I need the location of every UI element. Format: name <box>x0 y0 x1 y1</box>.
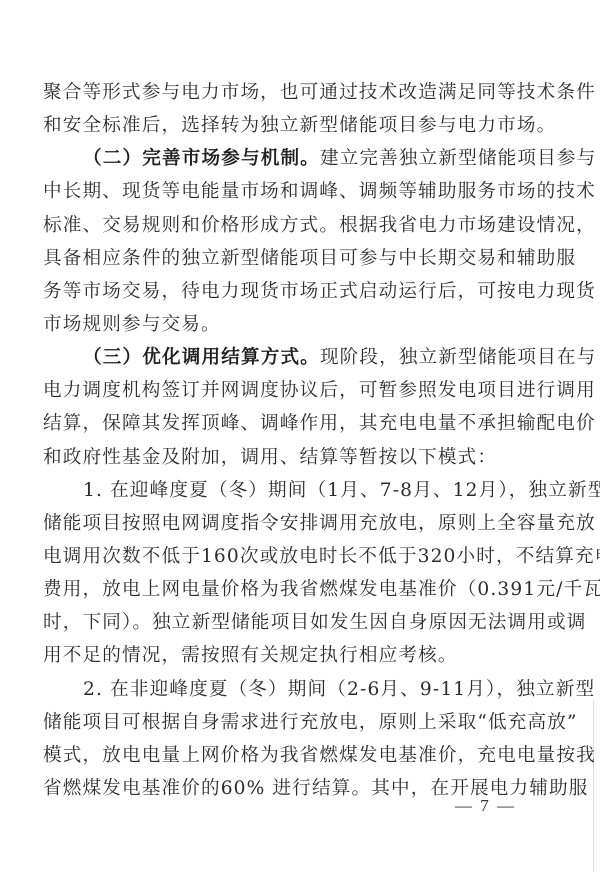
text-line: 电调用次数不低于160次或放电时长不低于320小时，不结算充电 <box>43 540 523 573</box>
text-line: 具备相应条件的独立新型储能项目可参与中长期交易和辅助服 <box>43 242 523 275</box>
section-heading-line: （三）优化调用结算方式。现阶段，独立新型储能项目在与 <box>43 341 523 374</box>
text-line: 和安全标准后，选择转为独立新型储能项目参与电力市场。 <box>43 109 523 142</box>
text-line: 市场规则参与交易。 <box>43 308 523 341</box>
text-line: 标准、交易规则和价格形成方式。根据我省电力市场建设情况， <box>43 209 523 242</box>
list-item-2: 2. 在非迎峰度夏（冬）期间（2-6月、9-11月），独立新型 <box>43 673 523 706</box>
section-heading-line: （二）完善市场参与机制。建立完善独立新型储能项目参与 <box>43 142 523 175</box>
text-line: 储能项目按照电网调度指令安排调用充放电，原则上全容量充放 <box>43 507 523 540</box>
list-item-1: 1. 在迎峰度夏（冬）期间（1月、7-8月、12月），独立新型 <box>43 474 523 507</box>
text-line: 务等市场交易，待电力现货市场正式启动运行后，可按电力现货 <box>43 275 523 308</box>
document-page: 聚合等形式参与电力市场，也可通过技术改造满足同等技术条件 和安全标准后，选择转为… <box>0 0 600 879</box>
document-body: 聚合等形式参与电力市场，也可通过技术改造满足同等技术条件 和安全标准后，选择转为… <box>43 76 523 805</box>
text-segment: 现阶段，独立新型储能项目在与 <box>320 347 596 368</box>
text-segment: 建立完善独立新型储能项目参与 <box>320 148 596 169</box>
page-number: — 7 — <box>455 796 516 816</box>
text-line: 结算，保障其发挥顶峰、调峰作用，其充电电量不承担输配电价 <box>43 407 523 440</box>
text-line: 聚合等形式参与电力市场，也可通过技术改造满足同等技术条件 <box>43 76 523 109</box>
text-line: 电力调度机构签订并网调度协议后，可暂参照发电项目进行调用 <box>43 374 523 407</box>
section-heading-2: （二）完善市场参与机制。 <box>83 148 320 169</box>
text-line: 模式，放电电量上网价格为我省燃煤发电基准价，充电电量按我 <box>43 739 523 772</box>
text-line: 费用，放电上网电量价格为我省燃煤发电基准价（0.391元/千瓦 <box>43 573 523 606</box>
text-line: 和政府性基金及附加，调用、结算等暂按以下模式： <box>43 441 523 474</box>
text-line: 用不足的情况，需按照有关规定执行相应考核。 <box>43 639 523 672</box>
text-line: 省燃煤发电基准价的60% 进行结算。其中，在开展电力辅助服 <box>43 772 523 805</box>
section-heading-3: （三）优化调用结算方式。 <box>83 347 320 368</box>
text-line: 储能项目可根据自身需求进行充放电，原则上采取“低充高放” <box>43 706 523 739</box>
text-line: 中长期、现货等电能量市场和调峰、调频等辅助服务市场的技术 <box>43 175 523 208</box>
page-edge-divider <box>593 700 594 872</box>
text-line: 时，下同）。独立新型储能项目如发生因自身原因无法调用或调 <box>43 606 523 639</box>
